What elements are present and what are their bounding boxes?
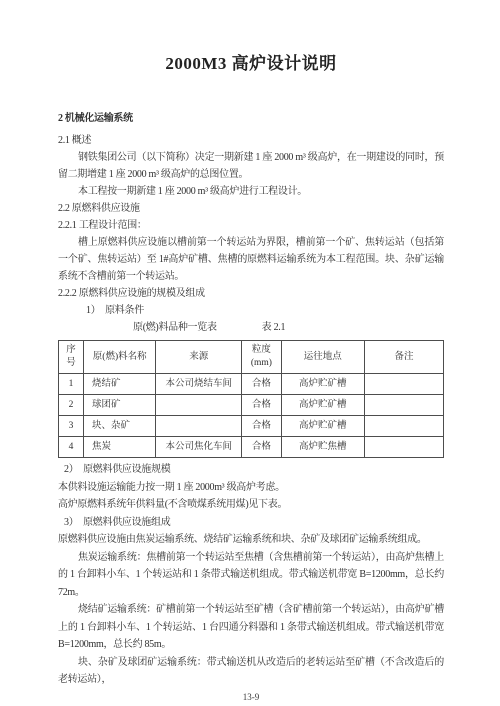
table-number: 表 2.1	[262, 319, 286, 336]
page-number: 13-9	[58, 689, 444, 706]
table-cell-destination: 高炉贮矿槽	[281, 374, 365, 395]
table-header-source: 来源	[156, 341, 242, 374]
list-item-2: 2） 原燃料供应设施规模	[58, 461, 444, 479]
table-header-index: 序 号	[59, 341, 84, 374]
document-title: 2000M3 高炉设计说明	[58, 52, 444, 76]
table-cell-source	[156, 395, 242, 416]
document-body: 2 机械化运输系统 2.1 概述 钢铁集团公司（以下简称）决定一期新建 1 座 …	[58, 110, 444, 706]
table-cell-material: 球团矿	[84, 395, 156, 416]
material-table: 序 号 原(燃)料名称 来源 粒度 (mm) 运往地点 备注 1 烧结矿 本公司…	[58, 340, 444, 458]
table-row: 2 球团矿 合格 高炉贮矿槽	[59, 395, 444, 416]
table-cell-source: 本公司烧结车间	[156, 374, 242, 395]
table-cell-index: 1	[59, 374, 84, 395]
list-item-3: 3） 原燃料供应设施组成	[58, 514, 444, 532]
paragraph-compose: 原燃料供应设施由焦炭运输系统、烧结矿运输系统和块、杂矿及球团矿运输系统组成。	[58, 531, 444, 549]
table-cell-index: 2	[59, 395, 84, 416]
table-cell-source: 本公司焦化车间	[156, 437, 242, 458]
heading-2-2-1: 2.2.1 工程设计范围：	[58, 217, 444, 234]
table-cell-index: 3	[59, 416, 84, 437]
table-cell-remark	[365, 395, 444, 416]
table-row: 4 焦炭 本公司焦化车间 合格 高炉贮焦槽	[59, 437, 444, 458]
table-cell-material: 烧结矿	[84, 374, 156, 395]
table-header-row: 序 号 原(燃)料名称 来源 粒度 (mm) 运往地点 备注	[59, 341, 444, 374]
table-cell-destination: 高炉贮矿槽	[281, 416, 365, 437]
table-caption: 原(燃)料品种一览表	[133, 319, 217, 336]
paragraph-lump-system: 块、杂矿及球团矿运输系统：带式输送机从改造后的老转运站至矿槽（不含改造后的老转运…	[58, 654, 444, 689]
table-row: 1 烧结矿 本公司烧结车间 合格 高炉贮矿槽	[59, 374, 444, 395]
table-cell-remark	[365, 416, 444, 437]
table-cell-destination: 高炉贮矿槽	[281, 395, 365, 416]
document-page: 2000M3 高炉设计说明 2 机械化运输系统 2.1 概述 钢铁集团公司（以下…	[0, 0, 500, 706]
table-caption-row: 原(燃)料品种一览表 表 2.1	[58, 319, 444, 336]
paragraph-supply: 高炉原燃料系统年供料量(不含喷煤系统用煤)见下表。	[58, 496, 444, 514]
table-cell-material: 焦炭	[84, 437, 156, 458]
paragraph-overview-1: 钢铁集团公司（以下简称）决定一期新建 1 座 2000 m³ 级高炉，在一期建设…	[58, 149, 444, 183]
paragraph-sinter-system: 烧结矿运输系统：矿槽前第一个转运站至矿槽（含矿槽前第一个转运站），由高炉矿槽上的…	[58, 601, 444, 654]
paragraph-coke-system: 焦炭运输系统：焦槽前第一个转运站至焦槽（含焦槽前第一个转运站），由高炉焦槽上的 …	[58, 549, 444, 602]
section-heading-2: 2 机械化运输系统	[58, 110, 444, 127]
table-cell-index: 4	[59, 437, 84, 458]
table-cell-size: 合格	[242, 416, 281, 437]
table-cell-remark	[365, 437, 444, 458]
table-header-size: 粒度 (mm)	[242, 341, 281, 374]
paragraph-capacity: 本供料设施运输能力按一期 1 座 2000m³ 级高炉考虑。	[58, 479, 444, 497]
table-cell-remark	[365, 374, 444, 395]
table-cell-size: 合格	[242, 395, 281, 416]
table-cell-material: 块、杂矿	[84, 416, 156, 437]
document-body-lower: 2） 原燃料供应设施规模 本供料设施运输能力按一期 1 座 2000m³ 级高炉…	[58, 461, 444, 689]
table-header-remark: 备注	[365, 341, 444, 374]
heading-2-1: 2.1 概述	[58, 132, 444, 149]
table-header-material: 原(燃)料名称	[84, 341, 156, 374]
table-cell-size: 合格	[242, 437, 281, 458]
paragraph-scope: 槽上原燃料供应设施以槽前第一个转运站为界限，槽前第一个矿、焦转运站（包括第一个矿…	[58, 234, 444, 285]
table-cell-source	[156, 416, 242, 437]
list-item-1: 1） 原料条件	[58, 302, 444, 319]
table-row: 3 块、杂矿 合格 高炉贮矿槽	[59, 416, 444, 437]
table-cell-destination: 高炉贮焦槽	[281, 437, 365, 458]
heading-2-2-2: 2.2.2 原燃料供应设施的规模及组成	[58, 285, 444, 302]
table-cell-size: 合格	[242, 374, 281, 395]
heading-2-2: 2.2 原燃料供应设施	[58, 200, 444, 217]
table-header-destination: 运往地点	[281, 341, 365, 374]
paragraph-overview-2: 本工程按一期新建 1 座 2000 m³ 级高炉进行工程设计。	[58, 183, 444, 200]
